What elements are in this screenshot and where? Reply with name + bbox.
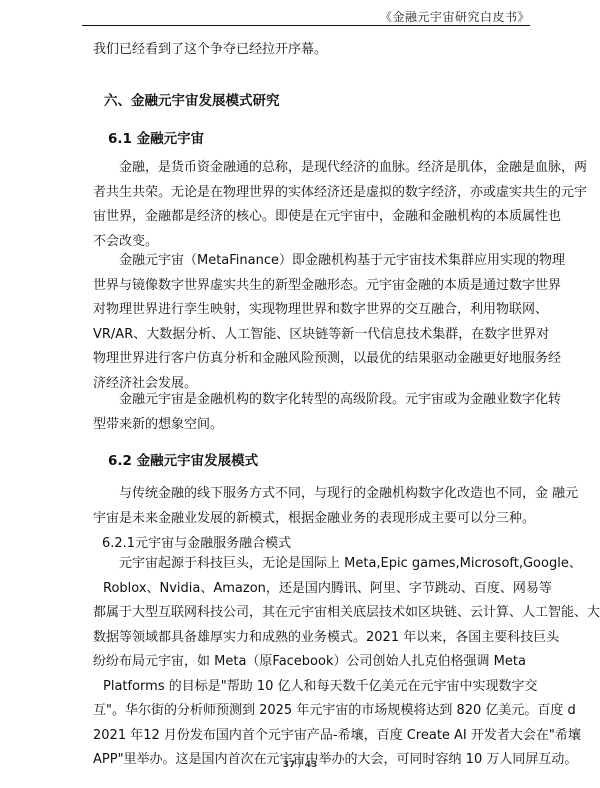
text-line: Platforms 的目标是"帮助 10 亿人和每天数千亿美元在元宇宙中实现数字… — [93, 675, 523, 700]
section-6-1-paragraph-2: 金融元宇宙（MetaFinance）即金融机构基于元宇宙技术集群应用实现的物理 … — [93, 249, 523, 396]
text-line: 物理世界进行客户仿真分析和金融风险预测，以最优的结果驱动金融更好地服务经 — [93, 347, 523, 372]
text-line: VR/AR、大数据分析、人工智能、区块链等新一代信息技术集群，在数字世界对 — [93, 323, 523, 348]
text-line: 与传统金融的线下服务方式不同，与现行的金融机构数字化改造也不同，金 融元 — [93, 482, 523, 507]
section-6-2-1-heading: 6.2.1元宇宙与金融服务融合模式 — [102, 532, 291, 551]
text-line: 我们已经看到了这个争夺已经拉开序幕。 — [93, 38, 523, 63]
text-line: 金融元宇宙是金融机构的数字化转型的高级阶段。元宇宙或为金融业数字化转 — [93, 388, 523, 413]
text-line: 数据等领域都具备雄厚实力和成熟的业务模式。2021 年以来，各国主要科技巨头 — [93, 626, 523, 651]
section-6-1-heading: 6.1 金融元宇宙 — [108, 127, 204, 147]
text-line: 金融，是货币资金融通的总称，是现代经济的血脉。经济是肌体，金融是血脉，两 — [93, 156, 523, 181]
text-line: 宇宙是未来金融业发展的新模式，根据金融业务的表现形成主要可以分三种。 — [93, 507, 523, 532]
section-6-1-paragraph-1: 金融，是货币资金融通的总称，是现代经济的血脉。经济是肌体，金融是血脉，两 者共生… — [93, 156, 523, 254]
text-line: 元宇宙起源于科技巨头，无论是国际上 Meta,Epic games,Micros… — [93, 552, 523, 577]
text-line: 2021 年12 月份发布国内首个元宇宙产品-希壤，百度 Create AI 开… — [93, 724, 523, 749]
intro-paragraph: 我们已经看到了这个争夺已经拉开序幕。 — [93, 38, 523, 63]
section-6-2-paragraph-1: 与传统金融的线下服务方式不同，与现行的金融机构数字化改造也不同，金 融元 宇宙是… — [93, 482, 523, 531]
header-divider — [82, 25, 530, 26]
section-6-2-1-paragraph-1: 元宇宙起源于科技巨头，无论是国际上 Meta,Epic games,Micros… — [93, 552, 523, 773]
text-line: 互"。华尔街的分析师预测到 2025 年元宇宙的市场规模将达到 820 亿美元。… — [93, 699, 523, 724]
text-line: 世界与镜像数字世界虚实共生的新型金融形态。元宇宙金融的本质是通过数字世界 — [93, 274, 523, 299]
text-line: 金融元宇宙（MetaFinance）即金融机构基于元宇宙技术集群应用实现的物理 — [93, 249, 523, 274]
section-6-1-paragraph-3: 金融元宇宙是金融机构的数字化转型的高级阶段。元宇宙或为金融业数字化转 型带来新的… — [93, 388, 523, 437]
text-line: 对物理世界进行孪生映射，实现物理世界和数字世界的交互融合，利用物联网、 — [93, 298, 523, 323]
section-6-2-heading: 6.2 金融元宇宙发展模式 — [108, 449, 258, 469]
text-line: 者共生共荣。无论是在物理世界的实体经济还是虚拟的数字经济，亦或虚实共生的元宇 — [93, 181, 523, 206]
page-number: 37 / 43 — [0, 760, 600, 770]
text-line: 型带来新的想象空间。 — [93, 413, 523, 438]
section-6-heading: 六、金融元宇宙发展模式研究 — [104, 89, 280, 109]
text-line: 宙世界，金融都是经济的核心。即使是在元宇宙中，金融和金融机构的本质属性也 — [93, 205, 523, 230]
document-header-title: 《金融元宇宙研究白皮书》 — [380, 8, 530, 25]
text-line: 纷纷布局元宇宙，如 Meta（原Facebook）公司创始人扎克伯格强调 Met… — [93, 650, 523, 675]
text-line: Roblox、Nvidia、Amazon，还是国内腾讯、阿里、字节跳动、百度、网… — [93, 577, 523, 602]
text-line: 都属于大型互联网科技公司，其在元宇宙相关底层技术如区块链、云计算、人工智能、大 — [93, 601, 523, 626]
